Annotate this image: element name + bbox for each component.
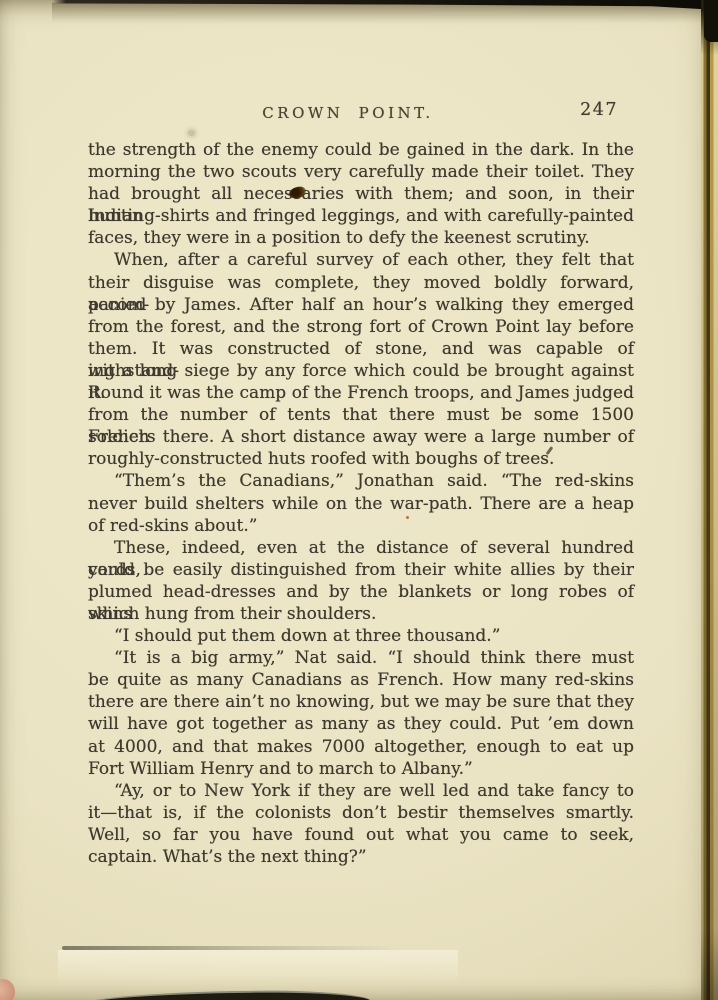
text-line: Round it was the camp of the French troo… [88, 382, 634, 404]
text-line: soldiers there. A short distance away we… [88, 426, 634, 448]
paragraph: These, indeed, even at the distance of s… [88, 537, 634, 625]
bottom-page-curl-highlight [58, 950, 458, 984]
text-line: had brought all necessaries with them; a… [88, 183, 634, 205]
paragraph: “Them’s the Canadians,” Jonathan said. “… [88, 470, 634, 536]
page-header: CROWN POINT. 247 [88, 100, 634, 124]
text-line: Well, so far you have found out what you… [88, 824, 634, 846]
text-line: “I should put them down at three thousan… [88, 625, 634, 647]
text-line: These, indeed, even at the distance of s… [88, 537, 634, 559]
paper-speck-artifact [406, 516, 409, 519]
paragraph: “Ay, or to New York if they are well led… [88, 780, 634, 868]
text-line: “Ay, or to New York if they are well led… [88, 780, 634, 802]
text-line: from the number of tents that there must… [88, 404, 634, 426]
paragraph: When, after a careful survey of each oth… [88, 249, 634, 470]
top-edge-shadow [52, 3, 718, 23]
text-line: of red-skins about.” [88, 515, 634, 537]
text-line: be quite as many Canadians as French. Ho… [88, 669, 634, 691]
text-line: morning the two scouts very carefully ma… [88, 161, 634, 183]
book-corner-dark [704, 0, 718, 42]
book-fore-edge [701, 0, 718, 1000]
text-line: will have got together as many as they c… [88, 713, 634, 735]
text-line: When, after a careful survey of each oth… [88, 249, 634, 271]
paragraph: “I should put them down at three thousan… [88, 625, 634, 647]
text-line: panied by James. After half an hour’s wa… [88, 294, 634, 316]
text-line: hunting-shirts and fringed leggings, and… [88, 205, 634, 227]
paragraph: the strength of the enemy could be gaine… [88, 139, 634, 249]
paper-smudge-artifact [188, 130, 195, 136]
text-line: which hung from their shoulders. [88, 603, 634, 625]
text-line: them. It was constructed of stone, and w… [88, 338, 634, 360]
book-page-scan: CROWN POINT. 247 the strength of the ene… [0, 0, 718, 1000]
running-title: CROWN POINT. [262, 104, 433, 122]
text-line: roughly-constructed huts roofed with bou… [88, 448, 634, 470]
book-top-edge [52, 0, 718, 10]
text-line: captain. What’s the next thing?” [88, 846, 634, 868]
text-line: “Them’s the Canadians,” Jonathan said. “… [88, 470, 634, 492]
text-line: Fort William Henry and to march to Alban… [88, 758, 634, 780]
text-line: could be easily distinguished from their… [88, 559, 634, 581]
text-line: never build shelters while on the war-pa… [88, 493, 634, 515]
text-line: it—that is, if the colonists don’t besti… [88, 802, 634, 824]
text-line: there are there ain’t no knowing, but we… [88, 691, 634, 713]
text-line: ing a long siege by any force which coul… [88, 360, 634, 382]
bottom-left-blob-artifact [0, 979, 15, 1000]
text-line: the strength of the enemy could be gaine… [88, 139, 634, 161]
text-line: “It is a big army,” Nat said. “I should … [88, 647, 634, 669]
text-line: at 4000, and that makes 7000 altogether,… [88, 736, 634, 758]
paragraph: “It is a big army,” Nat said. “I should … [88, 647, 634, 780]
text-line: plumed head-dresses and by the blankets … [88, 581, 634, 603]
text-line: their disguise was complete, they moved … [88, 272, 634, 294]
page-number: 247 [580, 100, 618, 120]
text-block: the strength of the enemy could be gaine… [88, 139, 634, 868]
book-bottom-edge [76, 989, 371, 1000]
text-line: from the forest, and the strong fort of … [88, 316, 634, 338]
text-line: faces, they were in a position to defy t… [88, 227, 634, 249]
